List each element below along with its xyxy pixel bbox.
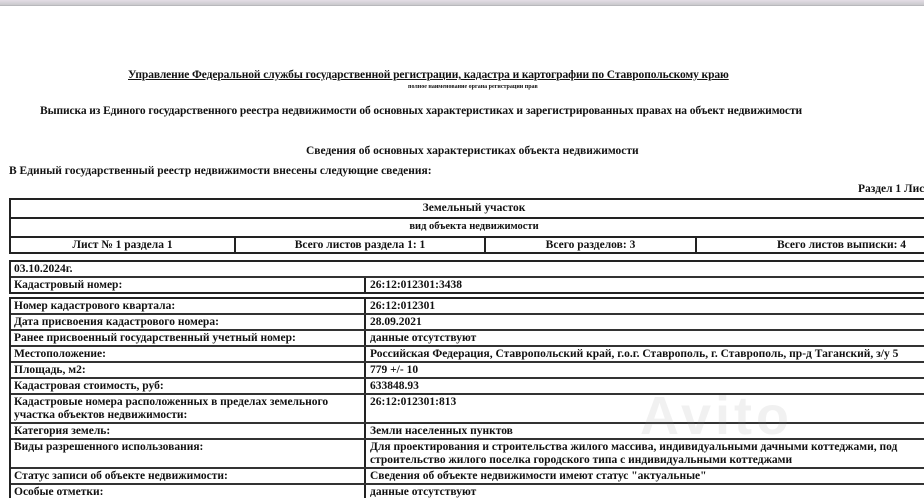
field-value: 633848.93 bbox=[364, 379, 924, 393]
cadastral-number-row: Кадастровый номер: 26:12:012301:3438 bbox=[11, 276, 924, 292]
cadastral-number-value: 26:12:012301:3438 bbox=[364, 278, 924, 292]
field-label: Категория земель: bbox=[11, 424, 364, 438]
table-row: Ранее присвоенный государственный учетны… bbox=[11, 329, 924, 345]
field-value: Сведения об объекте недвижимости имеют с… bbox=[364, 469, 924, 483]
sheet-info-bar: Лист № 1 раздела 1 Всего листов раздела … bbox=[9, 236, 924, 254]
table-row: Статус записи об объекте недвижимости: С… bbox=[11, 467, 924, 483]
section-sheets-total: Всего листов раздела 1: 1 bbox=[234, 238, 484, 252]
extract-sheets-total: Всего листов выписки: 4 bbox=[695, 238, 924, 252]
characteristics-table: Номер кадастрового квартала: 26:12:01230… bbox=[9, 297, 924, 498]
sections-total: Всего разделов: 3 bbox=[484, 238, 695, 252]
table-row: Площадь, м2: 779 +/- 10 bbox=[11, 361, 924, 377]
field-value: Земли населенных пунктов bbox=[364, 424, 924, 438]
field-value: 779 +/- 10 bbox=[364, 363, 924, 377]
table-row: Кадастровые номера расположенных в преде… bbox=[11, 393, 924, 422]
table-row: Виды разрешенного использования: Для про… bbox=[11, 438, 924, 467]
field-value: Для проектирования и строительства жилог… bbox=[364, 440, 924, 467]
field-value: данные отсутствуют bbox=[364, 485, 924, 498]
viewer-top-bar bbox=[0, 0, 924, 6]
field-value: Российская Федерация, Ставропольский кра… bbox=[364, 347, 924, 361]
table-row: Номер кадастрового квартала: 26:12:01230… bbox=[11, 299, 924, 313]
field-label: Кадастровые номера расположенных в преде… bbox=[11, 395, 364, 422]
table-row: Кадастровая стоимость, руб: 633848.93 bbox=[11, 377, 924, 393]
organization-caption: полное наименование органа регистрации п… bbox=[408, 84, 538, 90]
sheet-reference: Раздел 1 Лист bbox=[858, 183, 924, 195]
extract-title: Выписка из Единого государственного реес… bbox=[40, 105, 802, 117]
table-row: Местоположение: Российская Федерация, Ст… bbox=[11, 345, 924, 361]
intro-text: В Единый государственный реестр недвижим… bbox=[9, 165, 432, 177]
table-row: Категория земель: Земли населенных пункт… bbox=[11, 422, 924, 438]
field-value: 26:12:012301 bbox=[364, 299, 924, 313]
field-label: Ранее присвоенный государственный учетны… bbox=[11, 331, 364, 345]
field-value: 26:12:012301:813 bbox=[364, 395, 924, 422]
field-label: Кадастровая стоимость, руб: bbox=[11, 379, 364, 393]
field-label: Виды разрешенного использования: bbox=[11, 440, 364, 467]
field-label: Площадь, м2: bbox=[11, 363, 364, 377]
cadastral-number-label: Кадастровый номер: bbox=[11, 278, 364, 292]
object-type-box: Земельный участок вид объекта недвижимос… bbox=[9, 198, 924, 238]
field-label: Статус записи об объекте недвижимости: bbox=[11, 469, 364, 483]
section-title: Сведения об основных характеристиках объ… bbox=[306, 145, 639, 157]
object-type: Земельный участок bbox=[11, 200, 924, 217]
object-type-caption: вид объекта недвижимости bbox=[11, 217, 924, 236]
table-row: Особые отметки: данные отсутствуют bbox=[11, 483, 924, 498]
field-value: 28.09.2021 bbox=[364, 315, 924, 329]
field-value: данные отсутствуют bbox=[364, 331, 924, 345]
table-row: Дата присвоения кадастрового номера: 28.… bbox=[11, 313, 924, 329]
record-date: 03.10.2024г. bbox=[11, 262, 924, 276]
field-label: Дата присвоения кадастрового номера: bbox=[11, 315, 364, 329]
record-header-table: 03.10.2024г. Кадастровый номер: 26:12:01… bbox=[9, 260, 924, 294]
record-date-row: 03.10.2024г. bbox=[11, 262, 924, 276]
sheet-number: Лист № 1 раздела 1 bbox=[11, 238, 234, 252]
field-label: Особые отметки: bbox=[11, 485, 364, 498]
organization-name: Управление Федеральной службы государств… bbox=[128, 69, 729, 81]
field-label: Номер кадастрового квартала: bbox=[11, 299, 364, 313]
field-label: Местоположение: bbox=[11, 347, 364, 361]
